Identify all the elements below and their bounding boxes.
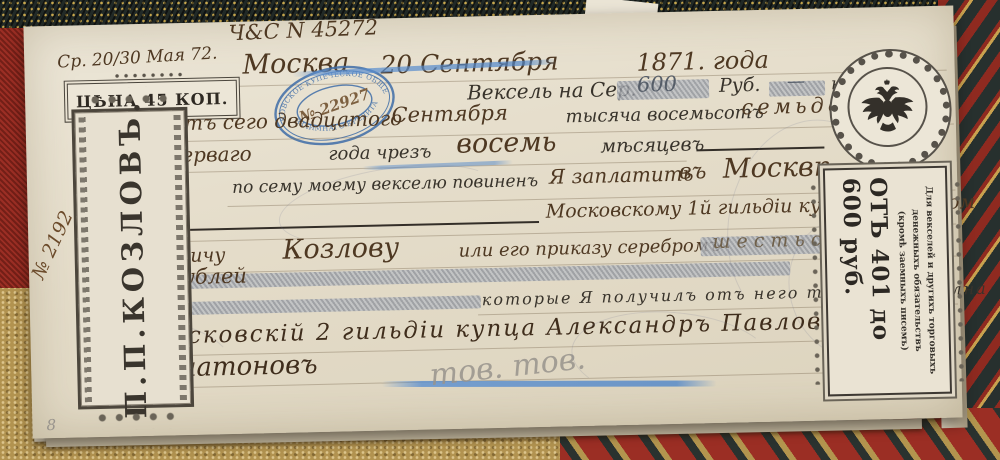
obligation-hand: Я заплатить: [549, 161, 694, 188]
year-words-printed: тысяча восемьсотъ: [565, 102, 764, 127]
amount-figures: 600: [637, 72, 678, 97]
due-date-note: Ср. 20/30 Мая 72.: [57, 43, 218, 72]
duty-value-range: ОТЪ 401 до 600 руб.: [837, 177, 896, 386]
term-months-hand: восемь: [456, 127, 557, 160]
eagle-medallion: [830, 50, 951, 171]
photo-of-1871-promissory-note: { "paper": { "top_number": "Ч&С N 45272"…: [0, 0, 1000, 460]
imperial-double-eagle-icon: [857, 77, 918, 136]
duty-clause-line: (кромѣ заемныхъ писемъ): [894, 211, 908, 351]
vendor-banner-frame: П.П.КОЗЛОВЪ.: [71, 107, 194, 410]
pencil-corner-mark: 8: [46, 416, 56, 434]
rub-label: Руб.: [719, 74, 761, 97]
stamp-duty-panel: Для векселей и другихъ торговыхъ денежны…: [823, 166, 952, 397]
banner-bottom-ornament: [93, 404, 180, 430]
stamp-duty-rotated-text: Для векселей и другихъ торговыхъ денежны…: [832, 176, 943, 386]
duty-clause-line: Для векселей и другихъ торговыхъ: [922, 186, 938, 374]
months-label-printed: мѣсяцевъ: [600, 133, 704, 157]
term-printed: года чрезъ: [328, 141, 431, 164]
hatch-band: [163, 295, 481, 315]
place-prefix-hand: въ: [679, 159, 707, 185]
vendor-name-vertical: П.П.КОЗЛОВЪ.: [112, 97, 153, 418]
printer-ornament: [113, 71, 185, 80]
kopeck-value: —: [787, 71, 805, 92]
term-month-hand: Сентября: [391, 101, 508, 128]
handwritten-registry-number: Ч&С N 45272: [228, 15, 378, 45]
banner-chain-border: [173, 114, 186, 400]
margin-registry-number: № 2192: [27, 208, 77, 283]
promissory-note-sheet: Ч&С N 45272 Ср. 20/30 Мая 72. Москва 20 …: [23, 6, 962, 439]
banner-chain-border: [78, 116, 91, 402]
duty-clause-line: денежныхъ обязательствъ: [909, 209, 923, 352]
order-clause-hand: или его приказу серебромъ: [458, 235, 720, 262]
medallion-inner-ring: [847, 66, 929, 148]
